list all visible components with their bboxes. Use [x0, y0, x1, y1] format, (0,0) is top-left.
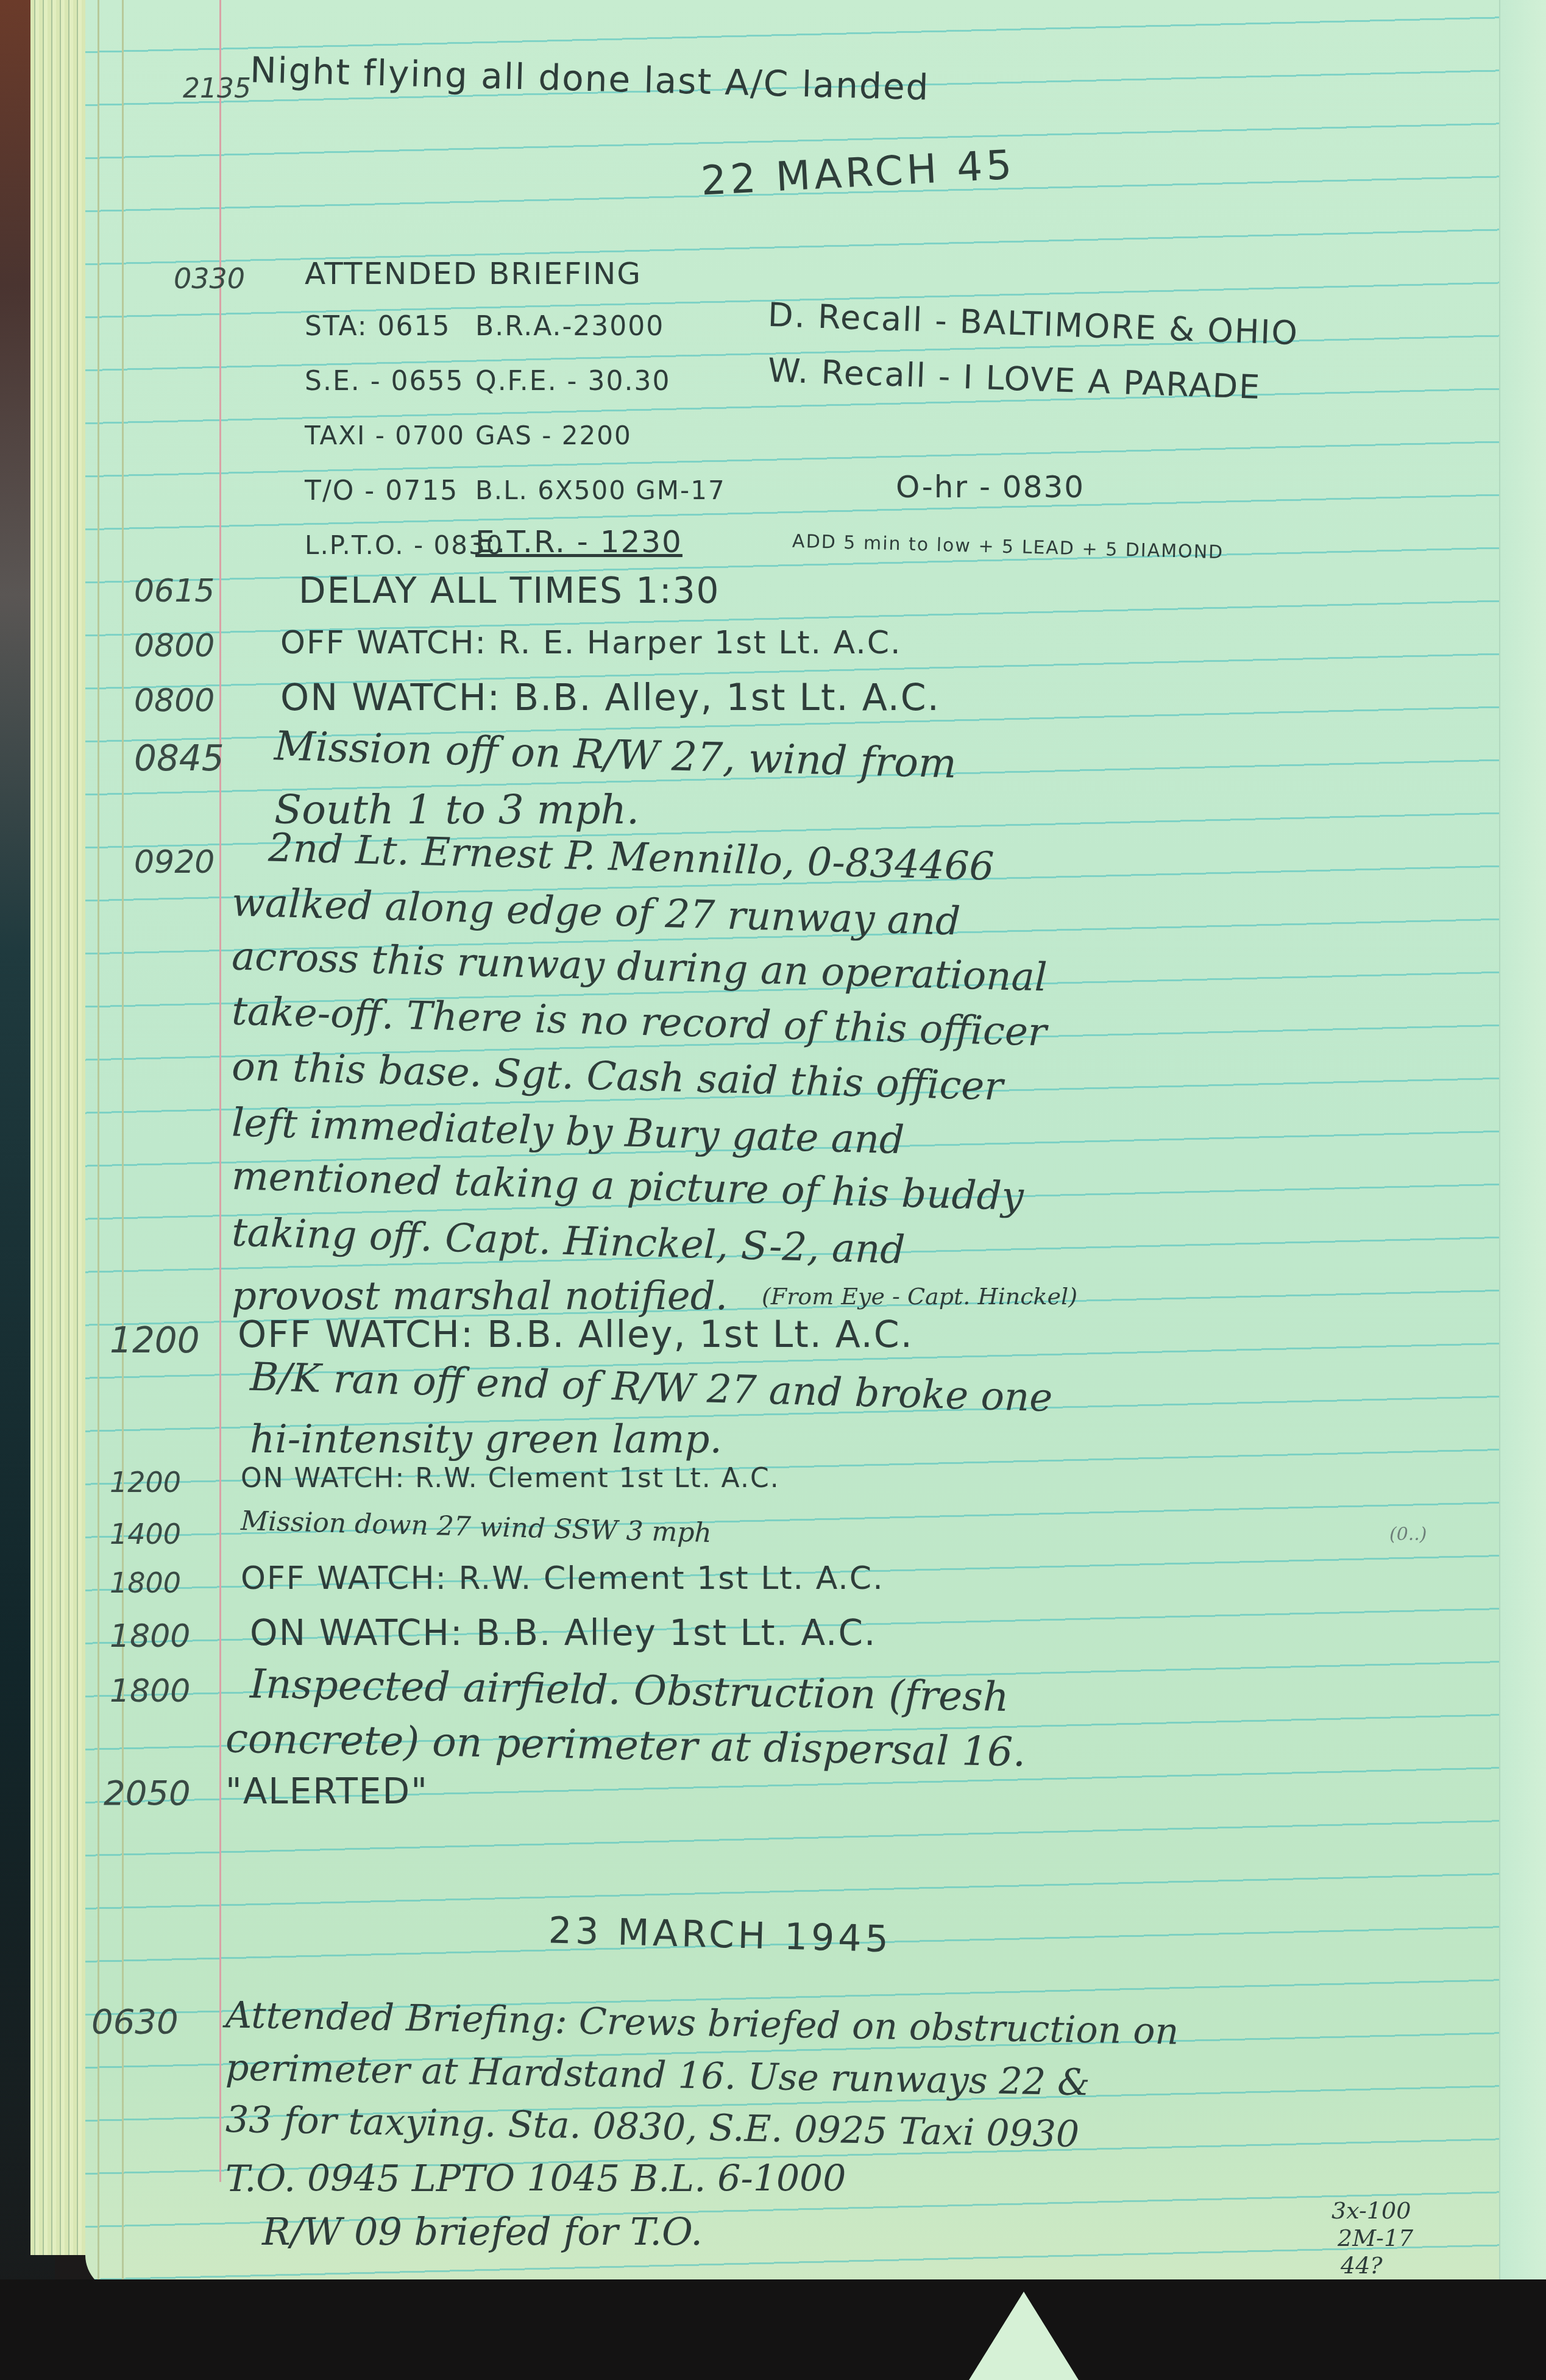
briefing-bomb-load: B.L. 6X500 GM-17: [475, 475, 726, 505]
entry-time: 0800: [134, 628, 215, 664]
entry-text: provost marshal notified.: [232, 1274, 728, 1319]
entry-source-note: (From Eye - Capt. Hinckel): [762, 1283, 1077, 1310]
entry-text: hi-intensity green lamp.: [250, 1417, 722, 1462]
gutter-line: [122, 0, 124, 2292]
entry-text: South 1 to 3 mph.: [274, 786, 639, 833]
desk-shadow: [0, 2279, 1546, 2380]
entry-text: OFF WATCH: B.B. Alley, 1st Lt. A.C.: [238, 1313, 913, 1356]
entry-time: 0800: [134, 683, 215, 719]
entry-text: R/W 09 briefed for T.O.: [262, 2209, 703, 2254]
bomb-load-note: 2M-17: [1338, 2225, 1413, 2251]
entry-time: 0845: [134, 737, 224, 779]
entry-text: ON WATCH: B.B. Alley, 1st Lt. A.C.: [280, 677, 940, 719]
entry-time: 1200: [110, 1466, 181, 1499]
entry-time: 0630: [91, 2002, 179, 2042]
entry-time: 2135: [183, 73, 251, 104]
bomb-load-note: 3x-100: [1331, 2197, 1411, 2224]
briefing-bra: B.R.A.-23000: [475, 311, 664, 342]
date-heading-day2: 23 MARCH 1945: [548, 1909, 892, 1961]
briefing-etr: E.T.R. - 1230: [475, 524, 683, 559]
entry-text: ON WATCH: R.W. Clement 1st Lt. A.C.: [241, 1463, 780, 1494]
entry-text: OFF WATCH: R.W. Clement 1st Lt. A.C.: [241, 1560, 884, 1597]
log-page: 2135 Night flying all done last A/C land…: [85, 0, 1546, 2292]
entry-text: OFF WATCH: R. E. Harper 1st Lt. A.C.: [280, 625, 902, 661]
briefing-lpto: L.P.T.O. - 0830: [305, 530, 503, 560]
briefing-zero-hour: O-hr - 0830: [896, 469, 1085, 505]
entry-time: 1200: [110, 1320, 200, 1361]
entry-text: ON WATCH: B.B. Alley 1st Lt. A.C.: [250, 1612, 876, 1654]
entry-text: "ALERTED": [225, 1771, 428, 1812]
briefing-sta: STA: 0615: [305, 311, 451, 342]
gutter-line: [98, 0, 99, 2292]
entry-text: DELAY ALL TIMES 1:30: [299, 570, 720, 611]
bomb-load-note: 44?: [1341, 2252, 1383, 2279]
entry-time: 1400: [110, 1518, 181, 1551]
briefing-se: S.E. - 0655: [305, 366, 464, 397]
entry-time: 1800: [110, 1618, 190, 1655]
briefing-taxi: TAXI - 0700: [305, 421, 465, 450]
stray-mark: (0..): [1389, 1524, 1427, 1545]
entry-time: 0920: [134, 844, 215, 881]
page-fold: [1499, 0, 1546, 2292]
entry-time: 2050: [104, 1774, 191, 1813]
entry-time: 0615: [134, 573, 215, 609]
briefing-gas: GAS - 2200: [475, 421, 632, 450]
briefing-title: ATTENDED BRIEFING: [305, 256, 642, 291]
entry-time: 1800: [110, 1566, 181, 1599]
entry-time: 1800: [110, 1673, 190, 1710]
briefing-qfe: Q.F.E. - 30.30: [475, 366, 670, 397]
briefing-takeoff: T/O - 0715: [305, 475, 458, 506]
margin-line: [219, 0, 221, 2182]
loose-paper-corner: [969, 2292, 1079, 2380]
entry-text: T.O. 0945 LPTO 1045 B.L. 6-1000: [225, 2158, 846, 2200]
entry-time: 0330: [174, 262, 245, 295]
